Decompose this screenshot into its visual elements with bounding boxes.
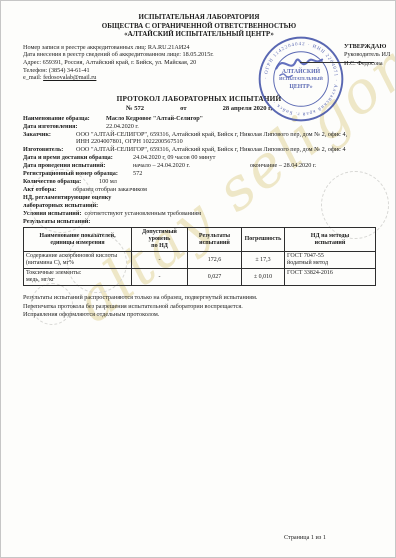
protocol-number: № 572 xyxy=(126,105,144,112)
row2-result: 0,027 xyxy=(188,269,242,286)
row2-method: ГОСТ 33824-2016 xyxy=(285,269,376,286)
table-row: Содержание аскорбиновой кислоты (витамин… xyxy=(24,252,376,269)
row1-indicator: Содержание аскорбиновой кислоты (витамин… xyxy=(24,252,132,269)
field-nd-line1: НД, регламентирующие оценку xyxy=(23,194,375,202)
signature-stroke xyxy=(276,60,322,69)
lab-header-line1: ИСПЫТАТЕЛЬНАЯ ЛАБОРАТОРИЯ xyxy=(23,13,375,22)
results-table: Наименование показателей, единицы измере… xyxy=(23,227,376,286)
protocol-fields: Наименование образца: Масло Кедровое "Ал… xyxy=(23,115,375,226)
table-row: Токсичные элементы: медь, мг/кг - 0,027 … xyxy=(24,269,376,286)
lab-header-line2: ОБЩЕСТВА С ОГРАНИЧЕННОЙ ОТВЕТСТВЕННОСТЬЮ xyxy=(23,22,375,31)
results-table-header-row: Наименование показателей, единицы измере… xyxy=(24,228,376,252)
stamp-line1: АЛТАЙСКИЙ xyxy=(282,67,321,75)
document-page: altay seligor ИСПЫТАТЕЛЬНАЯ ЛАБОРАТОРИЯ … xyxy=(0,0,396,558)
col-header-error: Погрешность xyxy=(242,228,285,252)
row1-method: ГОСТ 7047-55 йодатный метод xyxy=(285,252,376,269)
row2-allowed: - xyxy=(132,269,188,286)
col-header-method: НД на методы испытаний xyxy=(285,228,376,252)
row1-allowed: - xyxy=(132,252,188,269)
note-line1: Результаты испытаний распространяются то… xyxy=(23,294,375,302)
field-conditions: Условия испытаний: соответствуют установ… xyxy=(23,210,375,218)
page-number: Страница 1 из 1 xyxy=(284,534,326,541)
row1-result: 172,6 xyxy=(188,252,242,269)
field-test-dates: Дата проведения испытаний: начало – 24.0… xyxy=(23,162,375,170)
stamp-line3: ЦЕНТР» xyxy=(289,84,312,90)
field-quantity: Количество образца: 100 мл xyxy=(23,178,375,186)
approval-role: Руководитель ИЛ xyxy=(344,51,396,59)
email-label: e_mail: xyxy=(23,74,42,81)
row2-error: ± 0,010 xyxy=(242,269,285,286)
row2-indicator: Токсичные элементы: медь, мг/кг xyxy=(24,269,132,286)
row1-error: ± 17,3 xyxy=(242,252,285,269)
field-manufacturer: Изготовитель: ООО "АЛТАЙ-СЕЛИГОР", 65931… xyxy=(23,146,375,154)
field-customer: Заказчик: ООО "АЛТАЙ-СЕЛИГОР", 659316, А… xyxy=(23,131,375,147)
email-value: fedosovalab@mail.ru xyxy=(43,74,96,81)
field-delivery: Дата и время доставки образца: 24.04.202… xyxy=(23,154,375,162)
round-stamp: · ОГРН 1142204042 · ИНН 2204071 · Алтайс… xyxy=(257,35,345,123)
field-made-date: Дата изготовления: 22.04.2020 г. xyxy=(23,123,375,131)
customer-line2: ИНН 2204007801, ОГРН 1022200567510 xyxy=(76,138,183,145)
test-dates-end: окончание – 28.04.2020 г. xyxy=(250,162,316,170)
field-act: Акт отбора: образец отобран заказчиком xyxy=(23,186,375,194)
protocol-ot: от xyxy=(180,105,186,112)
customer-line1: ООО "АЛТАЙ-СЕЛИГОР", 659316, Алтайский к… xyxy=(76,131,347,138)
col-header-result: Результаты испытаний xyxy=(188,228,242,252)
field-results-heading: Результаты испытаний: xyxy=(23,218,375,226)
approval-block: УТВЕРЖДАЮ Руководитель ИЛ И.С. Федосова xyxy=(344,43,396,68)
note-line3: Исправления оформляются отдельным проток… xyxy=(23,311,375,319)
note-line2: Перепечатка протокола без разрешения исп… xyxy=(23,303,375,311)
col-header-allowed: Допустимый уровень по НД xyxy=(132,228,188,252)
col-header-indicator: Наименование показателей, единицы измере… xyxy=(24,228,132,252)
field-nd-line2: лабораторных испытаний: xyxy=(23,202,375,210)
footer-notes: Результаты испытаний распространяются то… xyxy=(23,294,375,319)
approval-name: И.С. Федосова xyxy=(344,60,396,68)
approval-title: УТВЕРЖДАЮ xyxy=(344,43,396,51)
field-reg-number: Регистрационный номер образца: 572 xyxy=(23,170,375,178)
